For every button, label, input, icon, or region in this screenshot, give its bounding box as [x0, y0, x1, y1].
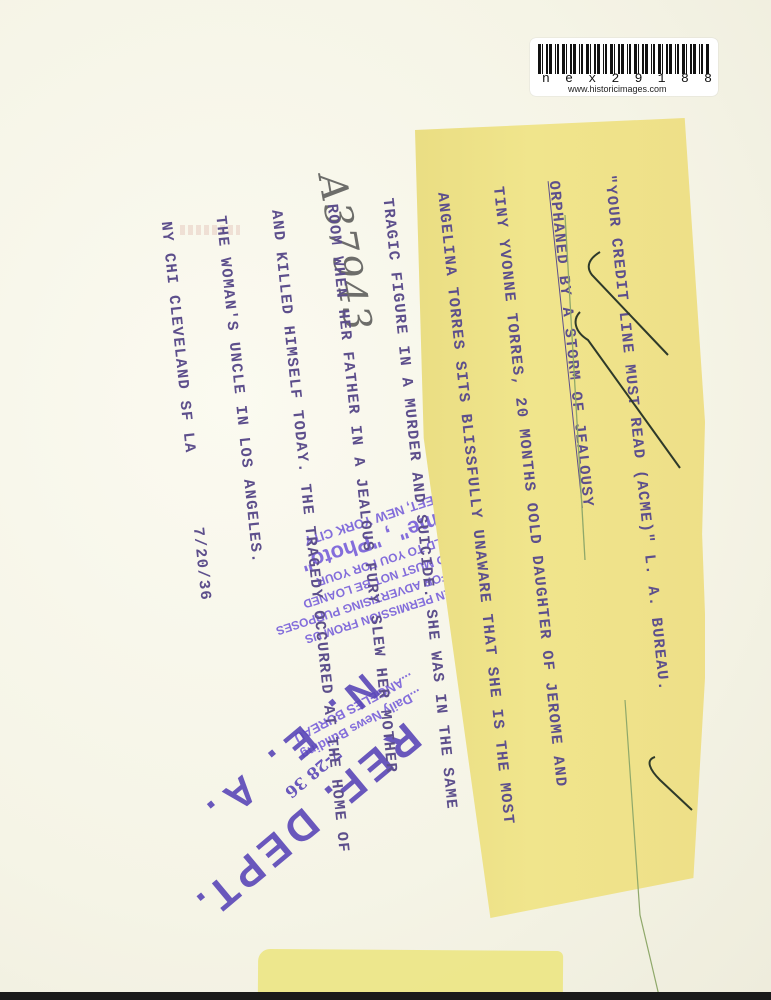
barcode-char: n: [542, 71, 550, 86]
barcode-char: 8: [704, 71, 712, 86]
barcode-label: nex29188 www.historicimages.com: [530, 38, 718, 96]
barcode-icon: [538, 44, 710, 74]
barcode-site: www.historicimages.com: [568, 84, 667, 94]
barcode-char: 8: [681, 71, 689, 86]
scan-edge: [0, 992, 771, 1000]
caption-text: "YOUR CREDIT LINE MUST READ (ACME)" L. A…: [137, 170, 722, 868]
